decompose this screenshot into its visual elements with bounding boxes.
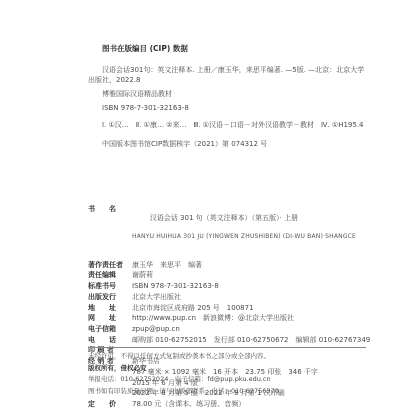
editor-label: 责任编辑 xyxy=(88,271,132,280)
email-label: 电子信箱 xyxy=(88,325,132,334)
row-price: 定 价 78.00 元（含课本、练习册、音频） xyxy=(88,400,378,409)
publisher-value: 北京大学出版社 xyxy=(132,293,378,302)
cip-record-number: 中国版本图书馆CIP数据核字（2021）第 074312 号 xyxy=(102,139,366,149)
isbn-label: 标准书号 xyxy=(88,282,132,291)
phone-value: 邮购部 010-62752015 发行部 010-62750672 编辑部 01… xyxy=(132,336,378,345)
cip-block: 图书在版编目 (CIP) 数据 汉语会话301句：英文注释本. 上册／康玉华，来… xyxy=(88,44,366,149)
cip-classification: Ⅰ. ①汉… Ⅱ. ①康… ②来… Ⅲ. ①汉语－口语－对外汉语教学－教材 Ⅳ.… xyxy=(102,120,366,130)
footer-report: 举报电话：010-62752024 电子信箱：fd@pup.pku.edu.cn xyxy=(88,375,373,384)
book-title-cn: 汉语会话 301 句（英文注释本）（第五版）· 上册 xyxy=(150,214,298,222)
book-title-label: 书 名 xyxy=(88,205,132,259)
author-value: 康玉华 来思平 编著 xyxy=(132,261,378,270)
author-label: 著作责任者 xyxy=(88,261,132,270)
row-website: 网 址 http://www.pup.cn 新浪微博：@北京大学出版社 xyxy=(88,314,378,323)
cip-isbn: ISBN 978-7-301-32163-8 xyxy=(102,103,366,113)
footer-quality: 图书如有印装质量问题，请与出版部联系。电话：010-62756370 xyxy=(88,387,373,396)
website-label: 网 址 xyxy=(88,314,132,323)
row-editor: 责任编辑 谢蔚莉 xyxy=(88,271,378,280)
cip-entry: 汉语会话301句：英文注释本. 上册／康玉华，来思平编著. —5版. —北京：北… xyxy=(88,65,366,85)
address-value: 北京市海淀区成府路 205 号 100871 xyxy=(132,304,378,313)
row-book-title: 书 名 汉语会话 301 句（英文注释本）（第五版）· 上册 HANYU HUI… xyxy=(88,205,378,259)
publisher-label: 出版发行 xyxy=(88,293,132,302)
price-value: 78.00 元（含课本、练习册、音频） xyxy=(132,400,378,409)
row-author: 著作责任者 康玉华 来思平 编著 xyxy=(88,261,378,270)
isbn-value: ISBN 978-7-301-32163-8 xyxy=(132,282,378,291)
footer-divider xyxy=(88,347,366,348)
row-phone: 电 话 邮购部 010-62752015 发行部 010-62750672 编辑… xyxy=(88,336,378,345)
website-value: http://www.pup.cn 新浪微博：@北京大学出版社 xyxy=(132,314,378,323)
address-label: 地 址 xyxy=(88,304,132,313)
book-title-value: 汉语会话 301 句（英文注释本）（第五版）· 上册 HANYU HUIHUA … xyxy=(132,205,378,259)
phone-label: 电 话 xyxy=(88,336,132,345)
editor-value: 谢蔚莉 xyxy=(132,271,378,280)
footer-copyright: 版权所有，侵权必究 xyxy=(88,364,373,373)
cip-series: 博雅国际汉语精品教材 xyxy=(102,89,366,99)
email-value: zpup@pup.cn xyxy=(132,325,378,334)
cip-heading: 图书在版编目 (CIP) 数据 xyxy=(102,44,366,55)
book-copyright-page: 图书在版编目 (CIP) 数据 汉语会话301句：英文注释本. 上册／康玉华，来… xyxy=(0,0,416,416)
row-isbn: 标准书号 ISBN 978-7-301-32163-8 xyxy=(88,282,378,291)
row-email: 电子信箱 zpup@pup.cn xyxy=(88,325,378,334)
row-address: 地 址 北京市海淀区成府路 205 号 100871 xyxy=(88,304,378,313)
book-title-pinyin: HANYU HUIHUA 301 JU (YINGWEN ZHUSHIBEN) … xyxy=(132,233,378,241)
row-publisher: 出版发行 北京大学出版社 xyxy=(88,293,378,302)
footer-block: 未经许可，不得以任何方式复制或抄袭本书之部分或全部内容。 版权所有，侵权必究 举… xyxy=(88,352,373,398)
footer-notice: 未经许可，不得以任何方式复制或抄袭本书之部分或全部内容。 xyxy=(88,352,373,361)
price-label: 定 价 xyxy=(88,400,132,409)
